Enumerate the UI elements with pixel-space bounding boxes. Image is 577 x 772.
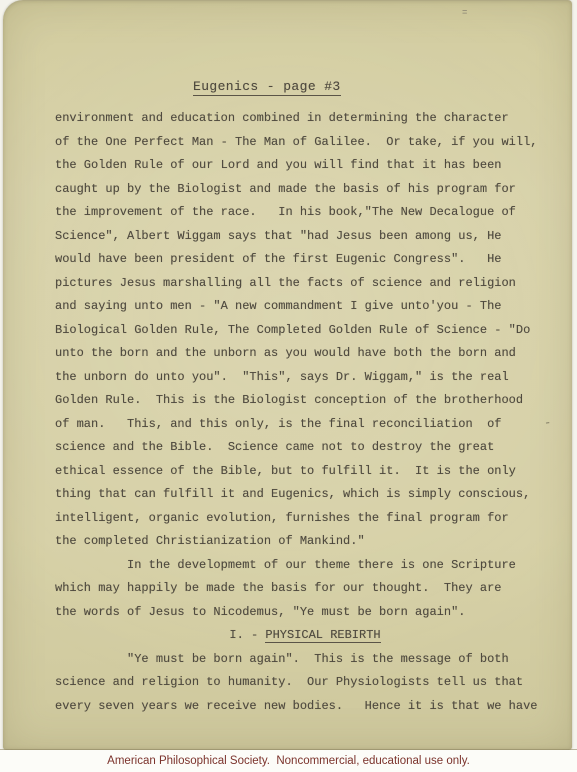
attribution-bar: American Philosophical Society. Noncomme… bbox=[0, 750, 577, 772]
typed-paragraphs-upper: environment and education combined in de… bbox=[55, 107, 555, 624]
typed-line: intelligent, organic evolution, furnishe… bbox=[55, 507, 555, 531]
typed-line: unto the born and the unborn as you woul… bbox=[55, 342, 555, 366]
section-heading: I. - PHYSICAL REBIRTH bbox=[55, 624, 555, 648]
typed-text: environment and education combined in de… bbox=[55, 107, 555, 718]
scanned-document-view: = Eugenics - page #3 environment and edu… bbox=[0, 0, 577, 772]
typed-line: environment and education combined in de… bbox=[55, 107, 555, 131]
typed-paragraphs-lower: "Ye must be born again". This is the mes… bbox=[55, 648, 555, 719]
ink-smudge: = bbox=[462, 11, 466, 17]
typed-line: Golden Rule. This is the Biologist conce… bbox=[55, 389, 555, 413]
typed-line: Biological Golden Rule, The Completed Go… bbox=[55, 319, 555, 343]
typed-line: the improvement of the race. In his book… bbox=[55, 201, 555, 225]
typed-line: would have been president of the first E… bbox=[55, 248, 555, 272]
page-title: Eugenics - page #3 bbox=[193, 79, 341, 96]
typed-line: of the One Perfect Man - The Man of Gali… bbox=[55, 131, 555, 155]
typed-line: and saying unto men - "A new commandment… bbox=[55, 295, 555, 319]
typed-line: pictures Jesus marshalling all the facts… bbox=[55, 272, 555, 296]
typed-line: "Ye must be born again". This is the mes… bbox=[55, 648, 555, 672]
section-heading-number: I. - bbox=[229, 628, 265, 642]
typed-line: thing that can fulfill it and Eugenics, … bbox=[55, 483, 555, 507]
typed-line: science and religion to humanity. Our Ph… bbox=[55, 671, 555, 695]
typed-line: In the developmemt of our theme there is… bbox=[55, 554, 555, 578]
typed-line: science and the Bible. Science came not … bbox=[55, 436, 555, 460]
typed-line: of man. This, and this only, is the fina… bbox=[55, 413, 555, 437]
typed-line: Science", Albert Wiggam says that "had J… bbox=[55, 225, 555, 249]
typed-line: ethical essence of the Bible, but to ful… bbox=[55, 460, 555, 484]
typed-line: the words of Jesus to Nicodemus, "Ye mus… bbox=[55, 601, 555, 625]
typed-line: every seven years we receive new bodies.… bbox=[55, 695, 555, 719]
section-heading-title: PHYSICAL REBIRTH bbox=[265, 628, 380, 643]
typed-line: the completed Christianization of Mankin… bbox=[55, 530, 555, 554]
typed-line: which may happily be made the basis for … bbox=[55, 577, 555, 601]
attribution-text: American Philosophical Society. Noncomme… bbox=[0, 750, 577, 772]
typed-line: caught up by the Biologist and made the … bbox=[55, 178, 555, 202]
typed-line: the unborn do unto you". "This", says Dr… bbox=[55, 366, 555, 390]
typed-line: the Golden Rule of our Lord and you will… bbox=[55, 154, 555, 178]
